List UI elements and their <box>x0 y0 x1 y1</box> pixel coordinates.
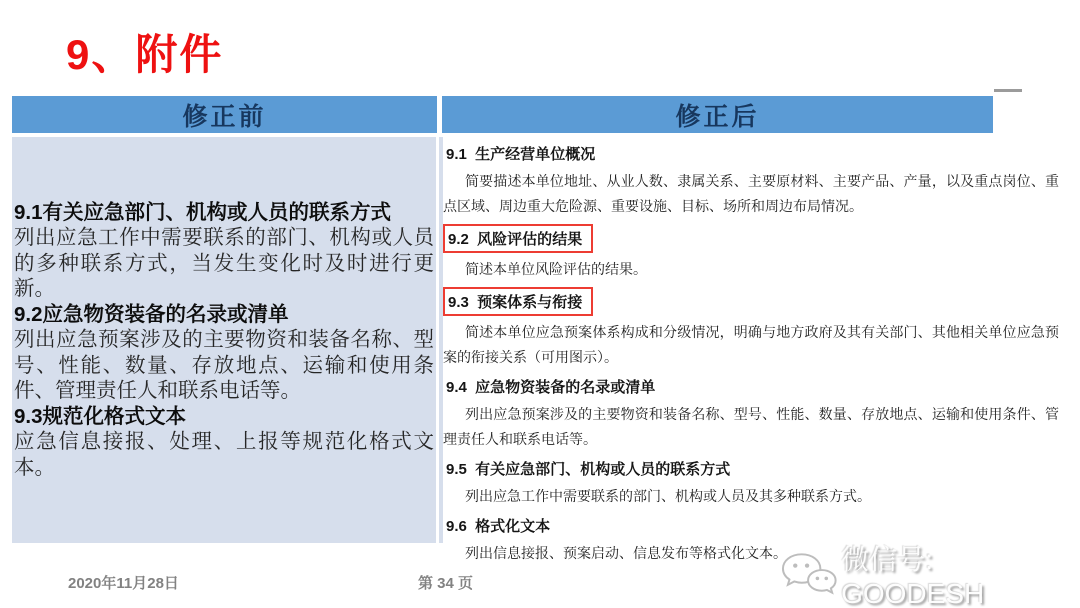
after-body-9-5: 列出应急工作中需要联系的部门、机构或人员及其多种联系方式。 <box>443 485 1059 510</box>
after-heading-9-4: 9.4 应急物资装备的名录或清单 <box>443 375 657 398</box>
before-heading-9-1: 9.1有关应急部门、机构或人员的联系方式 <box>14 200 434 226</box>
table-header-after: 修正后 <box>442 96 993 133</box>
after-body-9-2: 简述本单位风险评估的结果。 <box>443 258 1059 283</box>
table-header-before-label: 修正前 <box>182 97 266 133</box>
after-body-9-1: 简要描述本单位地址、从业人数、隶属关系、主要原材料、主要产品、产量，以及重点岗位… <box>443 170 1059 220</box>
table-header-after-label: 修正后 <box>675 97 759 133</box>
after-section-9-2: 9.2 风险评估的结果 简述本单位风险评估的结果。 <box>443 224 1059 283</box>
before-body-9-2: 列出应急预案涉及的主要物资和装备名称、型号、性能、数量、存放地点、运输和使用条件… <box>14 327 434 404</box>
after-heading-9-5: 9.5 有关应急部门、机构或人员的联系方式 <box>443 457 732 480</box>
table-header-before: 修正前 <box>12 96 437 133</box>
before-heading-9-3: 9.3规范化格式文本 <box>14 404 434 430</box>
slide: 9、附件 修正前 修正后 9.1有关应急部门、机构或人员的联系方式 列出应急工作… <box>0 0 1080 608</box>
stray-mark <box>994 89 1022 92</box>
after-heading-9-2-highlighted: 9.2 风险评估的结果 <box>443 224 593 253</box>
after-body-9-4: 列出应急预案涉及的主要物资和装备名称、型号、性能、数量、存放地点、运输和使用条件… <box>443 403 1059 453</box>
after-heading-9-3-highlighted: 9.3 预案体系与衔接 <box>443 287 593 316</box>
watermark-text: 微信号: GOODESH <box>841 538 1080 608</box>
after-heading-9-6: 9.6 格式化文本 <box>443 514 552 537</box>
footer-page-number: 第 34 页 <box>418 572 473 593</box>
wechat-icon <box>780 550 837 598</box>
after-heading-9-1: 9.1 生产经营单位概况 <box>443 142 597 165</box>
page-title: 9、附件 <box>66 22 223 82</box>
after-section-9-4: 9.4 应急物资装备的名录或清单 列出应急预案涉及的主要物资和装备名称、型号、性… <box>443 375 1059 453</box>
after-cell: 9.1 生产经营单位概况 简要描述本单位地址、从业人数、隶属关系、主要原材料、主… <box>443 137 1059 543</box>
after-section-9-5: 9.5 有关应急部门、机构或人员的联系方式 列出应急工作中需要联系的部门、机构或… <box>443 457 1059 510</box>
after-section-9-3: 9.3 预案体系与衔接 简述本单位应急预案体系构成和分级情况，明确与地方政府及其… <box>443 287 1059 371</box>
after-section-9-1: 9.1 生产经营单位概况 简要描述本单位地址、从业人数、隶属关系、主要原材料、主… <box>443 142 1059 220</box>
after-body-9-3: 简述本单位应急预案体系构成和分级情况，明确与地方政府及其有关部门、其他相关单位应… <box>443 321 1059 371</box>
before-body-9-3: 应急信息接报、处理、上报等规范化格式文本。 <box>14 429 434 480</box>
before-cell: 9.1有关应急部门、机构或人员的联系方式 列出应急工作中需要联系的部门、机构或人… <box>12 137 436 543</box>
watermark: 微信号: GOODESH <box>780 538 1080 608</box>
footer-date: 2020年11月28日 <box>68 572 179 593</box>
before-heading-9-2: 9.2应急物资装备的名录或清单 <box>14 302 434 328</box>
before-body-9-1: 列出应急工作中需要联系的部门、机构或人员的多种联系方式，当发生变化时及时进行更新… <box>14 225 434 302</box>
